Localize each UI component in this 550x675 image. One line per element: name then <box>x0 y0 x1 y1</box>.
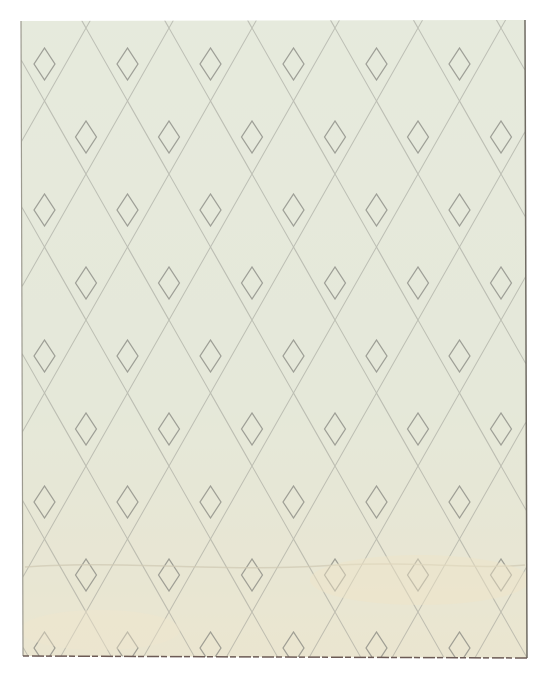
rug-photo <box>0 0 550 675</box>
rug-body <box>0 0 550 675</box>
